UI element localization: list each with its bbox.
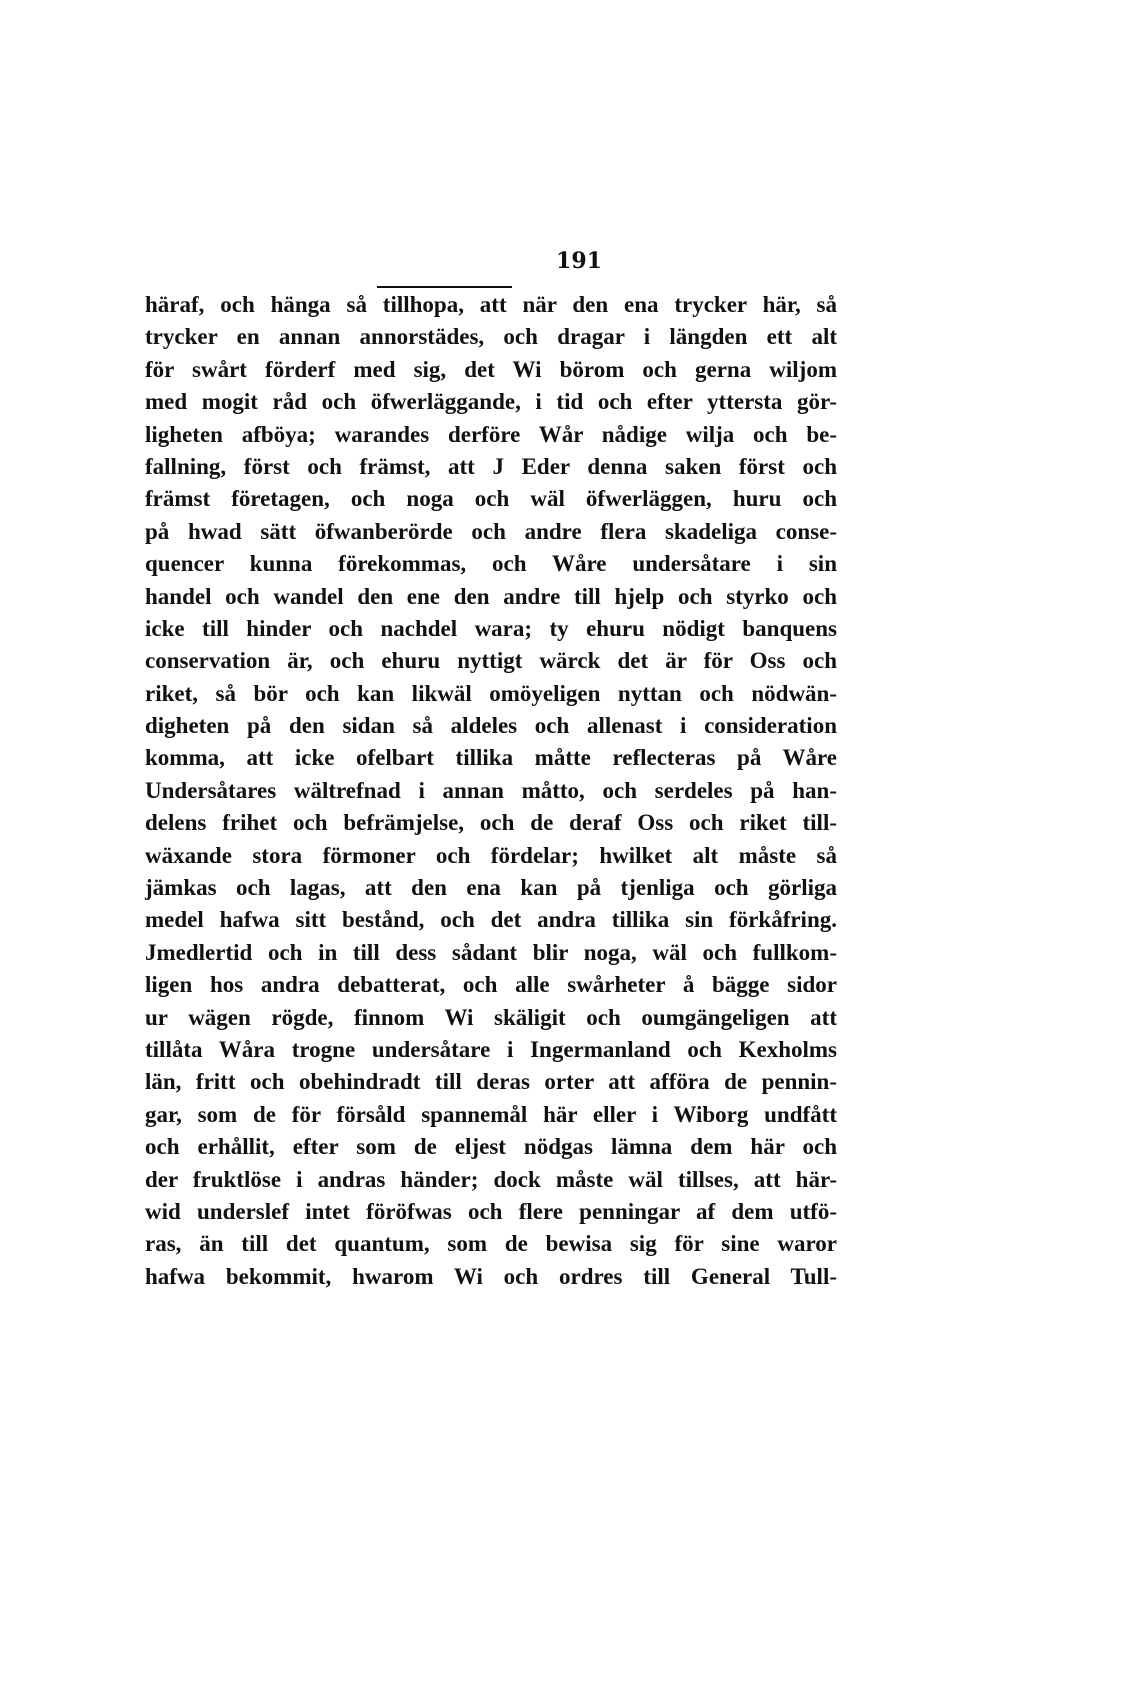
text-line: delens frihet och befrämjelse, och de de… [145, 807, 837, 839]
text-line: trycker en annan annorstädes, och dragar… [145, 321, 837, 353]
text-line: för swårt förderf med sig, det Wi börom … [145, 354, 837, 386]
text-line: ligen hos andra debatterat, och alle swå… [145, 969, 837, 1001]
text-line: handel och wandel den ene den andre till… [145, 581, 837, 613]
text-line: Undersåtares wältrefnad i annan måtto, o… [145, 775, 837, 807]
text-line: wid underslef intet föröfwas och flere p… [145, 1196, 837, 1228]
text-line: wäxande stora förmoner och fördelar; hwi… [145, 840, 837, 872]
text-line: der fruktlöse i andras händer; dock måst… [145, 1164, 837, 1196]
text-line: häraf, och hänga så tillhopa, att när de… [145, 289, 837, 321]
header-rule [377, 286, 512, 288]
text-line: med mogit råd och öfwerläggande, i tid o… [145, 386, 837, 418]
text-line: hafwa bekommit, hwarom Wi och ordres til… [145, 1261, 837, 1293]
text-line: främst företagen, och noga och wäl öfwer… [145, 483, 837, 515]
text-line: conservation är, och ehuru nyttigt wärck… [145, 645, 837, 677]
book-page: 191 häraf, och hänga så tillhopa, att nä… [0, 0, 1140, 1691]
text-line: medel hafwa sitt bestånd, och det andra … [145, 904, 837, 936]
text-line: och erhållit, efter som de eljest nödgas… [145, 1131, 837, 1163]
text-line: riket, så bör och kan likwäl omöyeligen … [145, 678, 837, 710]
page-number: 191 [0, 248, 1140, 274]
text-line: tillåta Wåra trogne undersåtare i Ingerm… [145, 1034, 837, 1066]
text-line: fallning, först och främst, att J Eder d… [145, 451, 837, 483]
text-line: län, fritt och obehindradt till deras or… [145, 1066, 837, 1098]
body-text: häraf, och hänga så tillhopa, att när de… [145, 289, 837, 1293]
text-line: quencer kunna förekommas, och Wåre under… [145, 548, 837, 580]
text-line: Jmedlertid och in till dess sådant blir … [145, 937, 837, 969]
text-line: komma, att icke ofelbart tillika måtte r… [145, 742, 837, 774]
text-line: ur wägen rögde, finnom Wi skäligit och o… [145, 1002, 837, 1034]
text-line: ligheten afböya; warandes derföre Wår nå… [145, 419, 837, 451]
text-line: icke till hinder och nachdel wara; ty eh… [145, 613, 837, 645]
text-line: digheten på den sidan så aldeles och all… [145, 710, 837, 742]
text-line: jämkas och lagas, att den ena kan på tje… [145, 872, 837, 904]
text-line: gar, som de för försåld spannemål här el… [145, 1099, 837, 1131]
text-line: ras, än till det quantum, som de bewisa … [145, 1228, 837, 1260]
text-line: på hwad sätt öfwanberörde och andre fler… [145, 516, 837, 548]
